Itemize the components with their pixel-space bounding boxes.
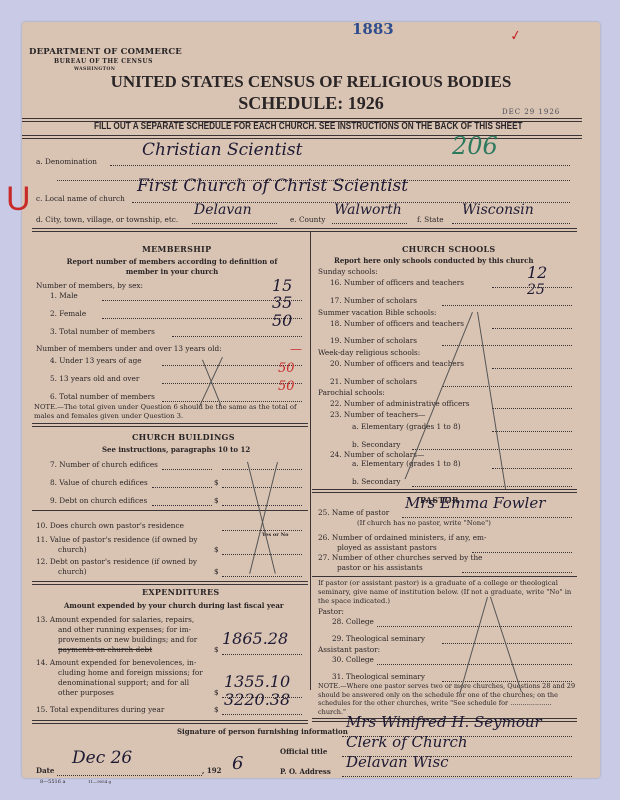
header-rule-bottom [22, 135, 582, 139]
q9-label: 9. Debt on church edifices [50, 496, 147, 505]
q16-value[interactable]: 12 [527, 263, 547, 282]
form-code: 8—5516 a [40, 779, 65, 785]
official-title-label: Official title [280, 747, 327, 756]
q1-male-label: 1. Male [50, 291, 78, 300]
po-address-value[interactable]: Delavan Wisc [346, 753, 449, 771]
q31-label: 31. Theological seminary [332, 672, 425, 681]
dollar-sign: $ [214, 645, 219, 654]
q28-label: 28. College [332, 617, 374, 626]
q12-label: 12. Debt on pastor's residence (if owned… [36, 557, 197, 566]
form-code-2: 11—9054 g [88, 779, 111, 784]
q10-label: 10. Does church own pastor's residence [36, 521, 184, 530]
q2-female-value[interactable]: 35 [272, 293, 292, 312]
q2-female-label: 2. Female [50, 309, 86, 318]
date-label: Date [36, 766, 54, 775]
q11-label-cont: church) [58, 545, 87, 554]
q14-label-cont: cluding home and foreign missions; for [58, 668, 203, 677]
city-label: d. City, town, village, or township, etc… [36, 215, 178, 224]
q17-label: 17. Number of scholars [330, 296, 417, 305]
q26-label: 26. Number of ordained ministers, if any… [318, 533, 486, 542]
local-name-value[interactable]: First Church of Christ Scientist [137, 176, 408, 196]
q12-label-cont: church) [58, 567, 87, 576]
q22-label: 22. Number of administrative officers [330, 399, 470, 408]
q6-total-label: 6. Total number of members [50, 392, 155, 401]
city-value[interactable]: Delavan [194, 202, 252, 218]
expenditures-subtitle: Amount expended by your church during la… [64, 601, 284, 610]
q16-label: 16. Number of officers and teachers [330, 278, 464, 287]
dollar-sign: $ [214, 496, 219, 505]
column-divider [310, 232, 311, 690]
q14-label: 14. Amount expended for benevolences, in… [36, 658, 196, 667]
q15-label: 15. Total expenditures during year [36, 705, 164, 714]
weekday-schools-label: Week-day religious schools: [318, 348, 420, 357]
official-title-value[interactable]: Clerk of Church [346, 733, 468, 751]
q13-label-cont: and other running expenses; for im- [58, 625, 191, 634]
sunday-schools-label: Sunday schools: [318, 267, 378, 276]
pastor-sub-label: Pastor: [318, 607, 344, 616]
dollar-sign: $ [214, 545, 219, 554]
dollar-sign: $ [214, 705, 219, 714]
q26-label-cont: ployed as assistant pastors [337, 543, 437, 552]
schools-title: CHURCH SCHOOLS [402, 244, 496, 254]
date-value[interactable]: Dec 26 [72, 748, 132, 768]
membership-subtitle: Report number of members according to de… [52, 257, 292, 277]
dollar-sign: $ [214, 478, 219, 487]
q5-over13-value[interactable]: 50 [278, 361, 295, 376]
strike-mark [249, 462, 278, 574]
q13-label: 13. Amount expended for salaries, repair… [36, 615, 194, 624]
denomination-code: 206 [452, 132, 498, 160]
census-schedule-sheet: 1883 ✓ DEPARTMENT OF COMMERCE BUREAU OF … [22, 22, 600, 778]
by-sex-label: Number of members, by sex: [36, 281, 143, 290]
state-value[interactable]: Wisconsin [462, 202, 534, 218]
buildings-subtitle: See instructions, paragraphs 10 to 12 [102, 445, 250, 454]
county-value[interactable]: Walworth [334, 202, 402, 218]
q23-label: 23. Number of teachers— [330, 410, 425, 419]
q25-label: 25. Name of pastor [318, 508, 389, 517]
q4-under13-label: 4. Under 13 years of age [50, 356, 142, 365]
year-prefix: , 192 [202, 766, 222, 775]
strike-mark [247, 462, 276, 574]
dollar-sign: $ [214, 567, 219, 576]
strike-mark [490, 597, 522, 692]
q23b-label: b. Secondary [352, 440, 400, 449]
q27-label-cont: pastor or his assistants [337, 563, 423, 572]
q8-label: 8. Value of church edifices [50, 478, 148, 487]
signature-label: Signature of person furnishing informati… [177, 727, 348, 736]
po-address-label: P. O. Address [280, 767, 331, 776]
strike-mark [477, 312, 506, 490]
bureau-name: BUREAU OF THE CENSUS [54, 58, 153, 65]
q19-label: 19. Number of scholars [330, 336, 417, 345]
q27-label: 27. Number of other churches served by t… [318, 553, 482, 562]
q21-label: 21. Number of scholars [330, 377, 417, 386]
department-name: DEPARTMENT OF COMMERCE [29, 47, 182, 57]
local-name-label: c. Local name of church [36, 194, 125, 203]
strike-mark [459, 597, 488, 693]
q13-label-cont: provements or new buildings; and for [58, 635, 197, 644]
q14-value[interactable]: 1355.10 [224, 672, 290, 691]
q14-label-cont: other purposes [58, 688, 114, 697]
state-label: f. State [417, 215, 444, 224]
dollar-sign: $ [214, 688, 219, 697]
membership-note: NOTE.—The total given under Question 6 s… [34, 403, 306, 421]
signature-value[interactable]: Mrs Winifred H. Seymour [346, 713, 542, 731]
year-digit-value[interactable]: 6 [232, 753, 243, 774]
margin-u-mark: U [6, 180, 31, 219]
membership-title: MEMBERSHIP [142, 244, 211, 254]
parochial-schools-label: Parochial schools: [318, 388, 385, 397]
q15-value[interactable]: 3220.38 [224, 690, 290, 709]
received-date-stamp: DEC 29 1926 [502, 108, 560, 116]
q29-label: 29. Theological seminary [332, 634, 425, 643]
form-title: UNITED STATES CENSUS OF RELIGIOUS BODIES [22, 72, 600, 92]
check-mark-icon: ✓ [509, 27, 523, 45]
expenditures-title: EXPENDITURES [142, 587, 219, 597]
graduate-note: If pastor (or assistant pastor) is a gra… [318, 579, 576, 606]
q7-label: 7. Number of church edifices [50, 460, 158, 469]
age-label: Number of members under and over 13 year… [36, 344, 222, 353]
stamp-number: 1883 [352, 20, 394, 38]
q4-under13-value[interactable]: — [290, 342, 302, 356]
denomination-label: a. Denomination [36, 157, 97, 166]
q23a-label: a. Elementary (grades 1 to 8) [352, 422, 461, 431]
county-label: e. County [290, 215, 325, 224]
q18-label: 18. Number of officers and teachers [330, 319, 464, 328]
summer-schools-label: Summer vacation Bible schools: [318, 308, 436, 317]
q24a-label: a. Elementary (grades 1 to 8) [352, 459, 461, 468]
q11-label: 11. Value of pastor's residence (if owne… [36, 535, 198, 544]
q30-label: 30. College [332, 655, 374, 664]
q6-total-value[interactable]: 50 [278, 379, 295, 394]
instruction-banner: FILL OUT A SEPARATE SCHEDULE FOR EACH CH… [94, 121, 523, 132]
denomination-value[interactable]: Christian Scientist [142, 140, 302, 160]
assistant-pastor-label: Assistant pastor: [318, 645, 380, 654]
buildings-title: CHURCH BUILDINGS [132, 432, 235, 442]
q5-over13-label: 5. 13 years old and over [50, 374, 139, 383]
q24b-label: b. Secondary [352, 477, 400, 486]
q3-total-value[interactable]: 50 [272, 311, 292, 330]
q20-label: 20. Number of officers and teachers [330, 359, 464, 368]
q3-total-label: 3. Total number of members [50, 327, 155, 336]
q24-label: 24. Number of scholars— [330, 450, 424, 459]
q13-value[interactable]: 1865.28 [222, 629, 288, 648]
q17-value[interactable]: 25 [527, 282, 545, 298]
schools-subtitle: Report here only schools conducted by th… [334, 256, 533, 265]
pastor-name-value[interactable]: Mrs Emma Fowler [405, 494, 545, 512]
q13-label-cont: payments on church debt [58, 645, 152, 654]
q25-hint: (If church has no pastor, write "None") [357, 519, 491, 527]
q14-label-cont: denominational support; and for all [58, 678, 189, 687]
pastor-note: NOTE.—Where one pastor serves two or mor… [318, 682, 576, 716]
